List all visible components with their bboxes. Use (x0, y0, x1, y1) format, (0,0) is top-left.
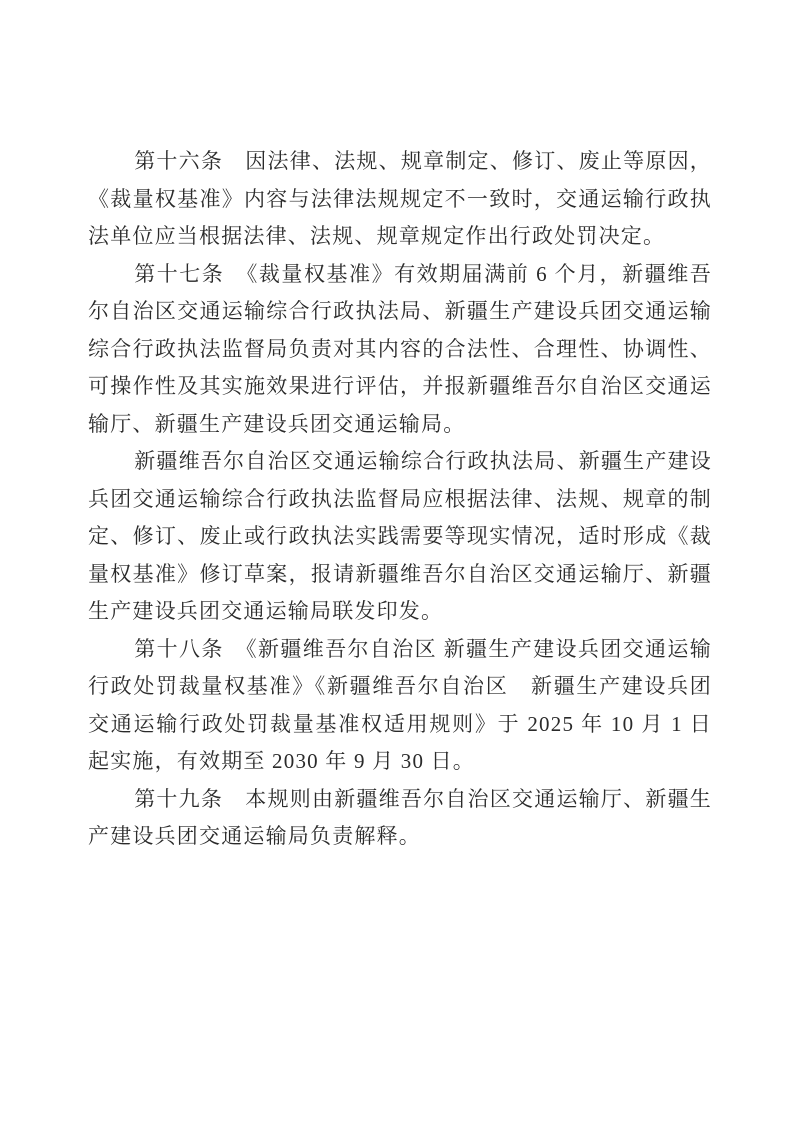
paragraph-article-19: 第十九条 本规则由新疆维吾尔自治区交通运输厅、新疆生产建设兵团交通运输局负责解释… (88, 781, 712, 856)
document-body: 第十六条 因法律、法规、规章制定、修订、废止等原因，《裁量权基准》内容与法律法规… (88, 143, 712, 856)
paragraph-article-18: 第十八条 《新疆维吾尔自治区 新疆生产建设兵团交通运输行政处罚裁量权基准》《新疆… (88, 631, 712, 781)
paragraph-article-17-1: 第十七条 《裁量权基准》有效期届满前 6 个月，新疆维吾尔自治区交通运输综合行政… (88, 256, 712, 444)
paragraph-article-17-2: 新疆维吾尔自治区交通运输综合行政执法局、新疆生产建设兵团交通运输综合行政执法监督… (88, 443, 712, 631)
document-page: 第十六条 因法律、法规、规章制定、修订、废止等原因，《裁量权基准》内容与法律法规… (0, 0, 793, 1122)
paragraph-article-16: 第十六条 因法律、法规、规章制定、修订、废止等原因，《裁量权基准》内容与法律法规… (88, 143, 712, 256)
